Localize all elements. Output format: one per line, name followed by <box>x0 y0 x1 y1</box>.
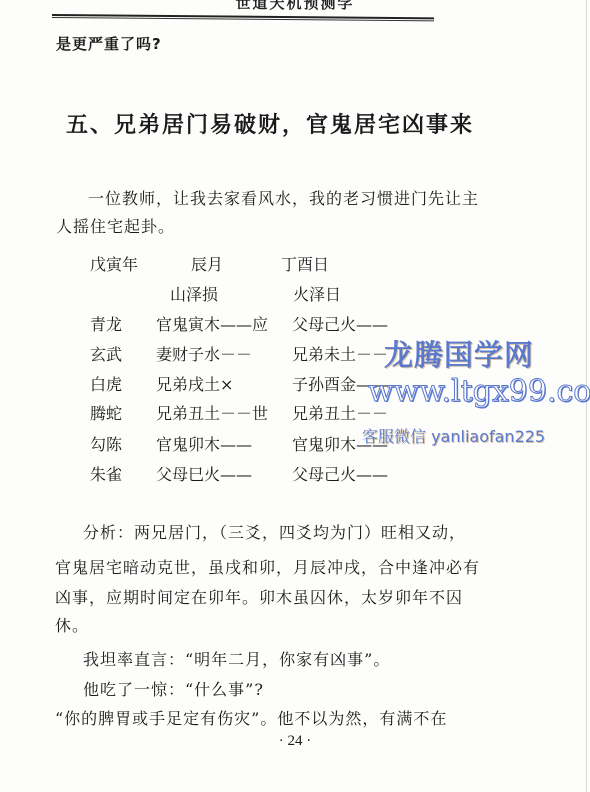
original-line: 官鬼寅木——应 <box>156 312 268 335</box>
running-header: 世道天机预测学 <box>0 0 590 13</box>
watermark-contact: 客服微信 yanliaofan225 <box>362 424 545 447</box>
section-heading: 五、兄弟居门易破财，官鬼居宅凶事来 <box>66 108 474 139</box>
original-line: 父母巳火—— <box>156 462 252 485</box>
spirit-label: 玄武 <box>90 342 122 365</box>
day-label: 丁酉日 <box>281 252 329 275</box>
month-label: 辰月 <box>191 252 223 275</box>
dialogue-line-2: 他吃了一惊：“什么事”? <box>83 677 264 700</box>
original-line: 官鬼卯木—— <box>156 432 252 455</box>
page-number: · 24 · <box>0 733 590 750</box>
original-line: 兄弟戌土× <box>156 372 233 395</box>
spirit-label: 腾蛇 <box>90 401 122 424</box>
spirit-label: 青龙 <box>90 312 122 335</box>
year-label: 戊寅年 <box>90 252 138 275</box>
original-line: 兄弟丑土－－世 <box>156 401 268 424</box>
intro-line-2: 人摇住宅起卦。 <box>56 214 175 237</box>
analysis-line-1: 分析：两兄居门，（三爻，四爻均为门）旺相又动， <box>83 520 466 543</box>
analysis-line-4: 休。 <box>55 613 89 636</box>
original-line: 妻财子水－－ <box>156 342 252 365</box>
analysis-line-2: 官鬼居宅暗动克世，虽戌和卯，月辰冲戌，合中逢冲必有 <box>55 555 480 578</box>
watermark-site-name: 龙腾国学网 <box>384 333 534 374</box>
spirit-label: 朱雀 <box>90 462 122 485</box>
intro-line-1: 一位教师，让我去家看风水，我的老习惯进门先让主 <box>88 186 479 209</box>
changed-line: 兄弟未土－－ <box>292 342 388 365</box>
dialogue-line-1: 我坦率直言：“明年二月，你家有凶事”。 <box>83 647 390 670</box>
spirit-label: 白虎 <box>90 372 122 395</box>
scanned-book-page: 世道天机预测学 是更严重了吗? 五、兄弟居门易破财，官鬼居宅凶事来 一位教师，让… <box>0 0 590 792</box>
spirit-label: 勾陈 <box>90 432 122 455</box>
continuation-text: 是更严重了吗? <box>56 33 162 54</box>
changed-hexagram: 火泽日 <box>293 282 341 305</box>
changed-line: 父母己火—— <box>292 312 388 335</box>
changed-line: 父母己火—— <box>292 462 388 485</box>
original-hexagram: 山泽损 <box>170 282 218 305</box>
watermark-url: www.ltgx99.com <box>368 374 590 409</box>
analysis-line-3: 凶事，应期时间定在卯年。卯木虽囚休，太岁卯年不囚 <box>55 585 463 608</box>
dialogue-line-3: “你的脾胃或手足定有伤灾”。他不以为然，有满不在 <box>55 706 447 729</box>
